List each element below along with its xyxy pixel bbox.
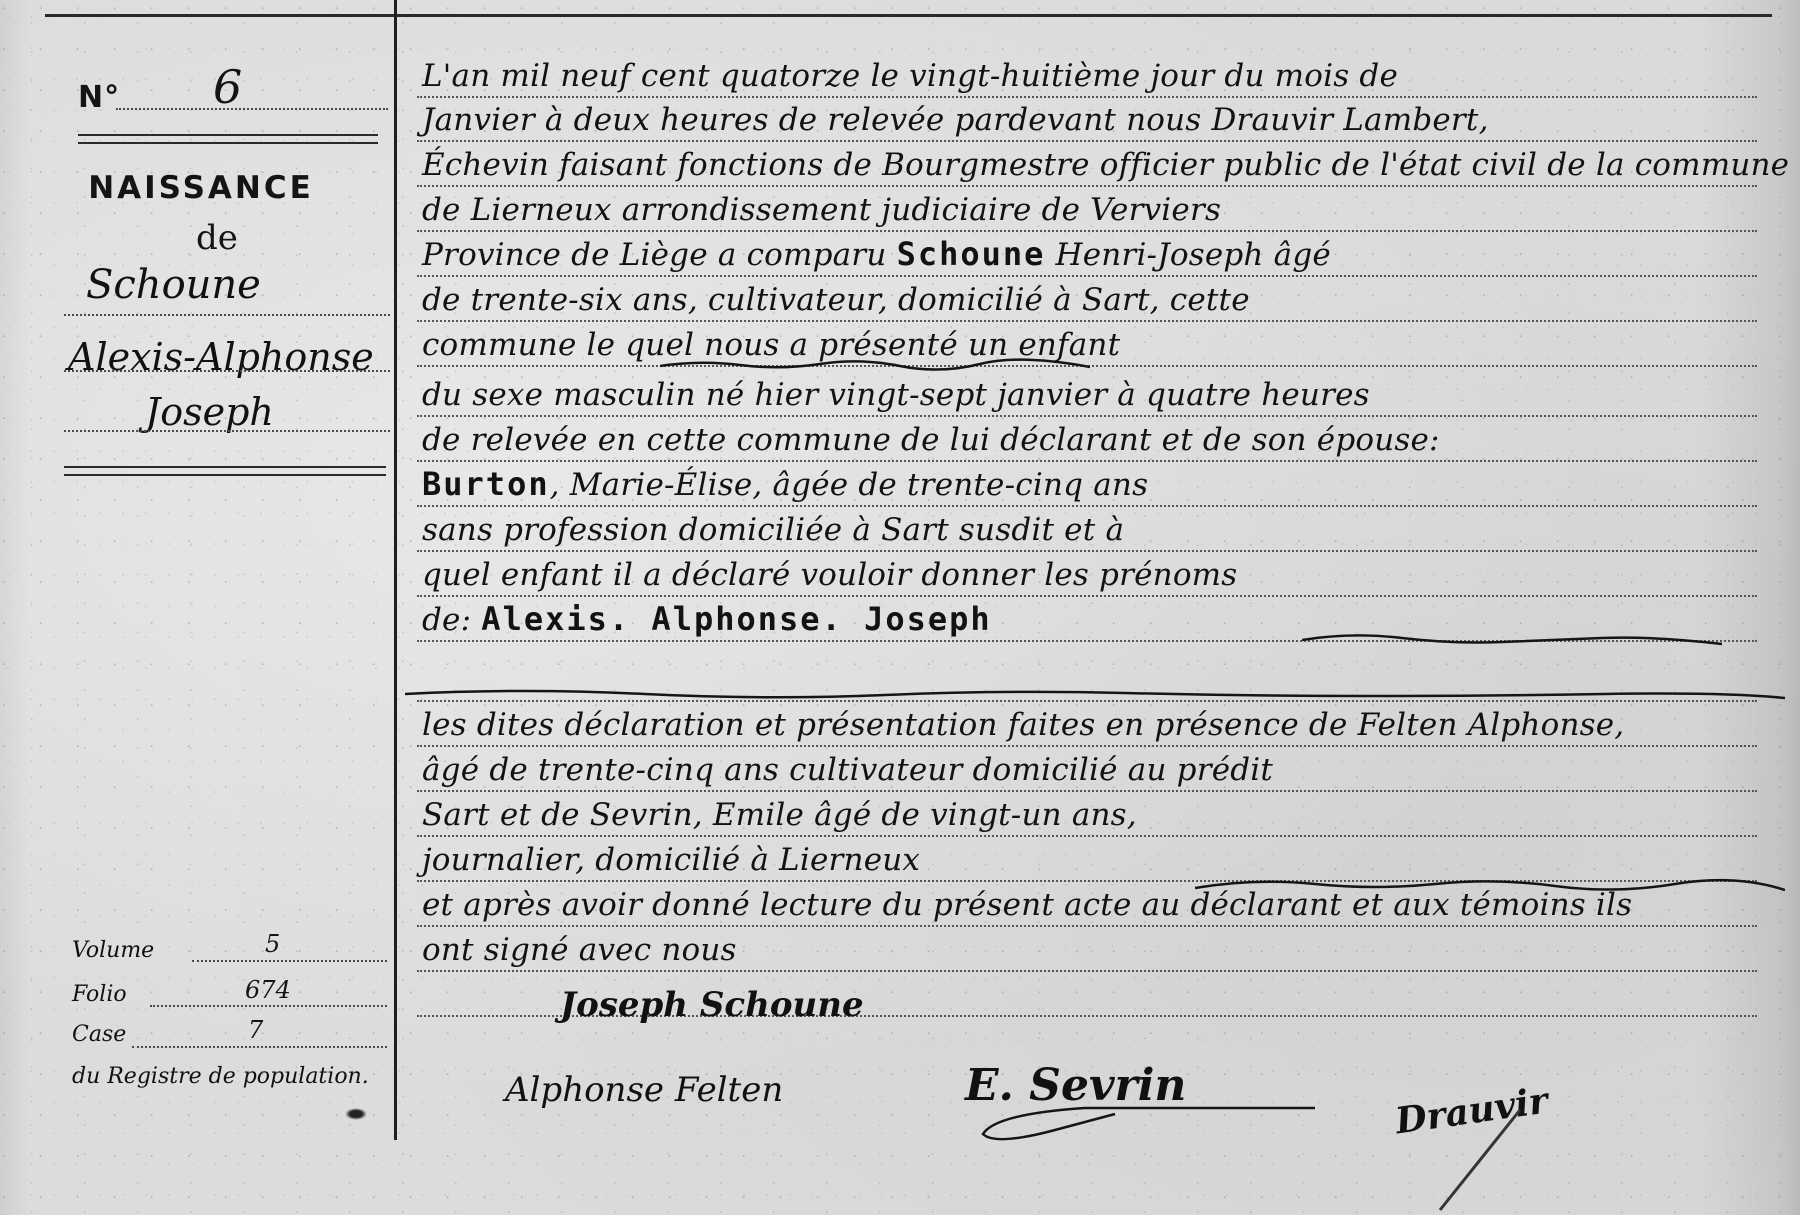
emphasized-name: Burton — [422, 465, 550, 503]
act-line: du sexe masculin né hier vingt-sept janv… — [397, 375, 1777, 419]
act-line-text: du sexe masculin né hier vingt-sept janv… — [422, 377, 1370, 413]
act-line-text: de Lierneux arrondissement judiciaire de… — [422, 192, 1221, 228]
act-line: de Lierneux arrondissement judiciaire de… — [397, 190, 1777, 234]
emphasized-name: Schoune — [897, 235, 1046, 273]
margin-surname: Schoune — [86, 262, 261, 308]
volume-label: Volume — [72, 938, 154, 963]
act-line: de trente-six ans, cultivateur, domicili… — [397, 280, 1777, 324]
volume-value: 5 — [265, 930, 280, 958]
given2-dotted-line — [64, 430, 390, 432]
act-type-de: de — [0, 218, 394, 258]
dotted-ruling — [417, 505, 1757, 507]
act-line: de relevée en cette commune de lui décla… — [397, 420, 1777, 464]
act-line-text: Province de Liège a comparu Schoune Henr… — [422, 235, 1331, 273]
ink-stain — [345, 1108, 367, 1120]
act-line: Sart et de Sevrin, Emile âgé de vingt-un… — [397, 795, 1777, 839]
surname-dotted-line — [64, 314, 390, 316]
names-double-rule — [64, 466, 386, 476]
dotted-ruling — [417, 415, 1757, 417]
signature-witness-1: Alphonse Felten — [505, 1070, 783, 1110]
margin-given-names-1: Alexis-Alphonse — [68, 335, 374, 379]
case-value: 7 — [248, 1016, 263, 1044]
volume-dotted-line — [192, 960, 387, 962]
number-dotted-line — [116, 108, 388, 110]
case-dotted-line — [132, 1046, 387, 1048]
number-double-rule — [78, 134, 378, 144]
dotted-ruling — [417, 460, 1757, 462]
act-type-heading: NAISSANCE — [0, 170, 394, 206]
folio-label: Folio — [72, 982, 127, 1007]
dotted-ruling — [417, 140, 1757, 142]
act-line-text: de relevée en cette commune de lui décla… — [422, 422, 1440, 458]
act-line-text: Échevin faisant fonctions de Bourgmestre… — [422, 147, 1789, 183]
act-line-text: Sart et de Sevrin, Emile âgé de vingt-un… — [422, 797, 1137, 833]
filler-stroke — [405, 688, 1785, 704]
dotted-ruling — [417, 835, 1757, 837]
filler-stroke — [660, 358, 1090, 372]
dotted-ruling — [417, 96, 1757, 98]
case-label: Case — [72, 1022, 126, 1047]
act-line-text: les dites déclaration et présentation fa… — [422, 707, 1624, 743]
dotted-ruling — [417, 970, 1757, 972]
dotted-ruling — [417, 230, 1757, 232]
act-line-text: Janvier à deux heures de relevée pardeva… — [422, 102, 1489, 138]
entry-number: N° 6 — [78, 60, 388, 110]
dotted-ruling — [417, 275, 1757, 277]
dotted-ruling — [417, 925, 1757, 927]
act-line-text: âgé de trente-cinq ans cultivateur domic… — [422, 752, 1273, 788]
act-line-text: quel enfant il a déclaré vouloir donner … — [422, 557, 1237, 593]
act-body: L'an mil neuf cent quatorze le vingt-hui… — [397, 0, 1800, 1215]
margin-column: N° 6 NAISSANCE de Schoune Alexis-Alphons… — [0, 0, 394, 1215]
signature-declarant: Joseph Schoune — [560, 985, 864, 1025]
dotted-ruling — [417, 790, 1757, 792]
number-value: 6 — [213, 60, 242, 114]
register-footer: du Registre de population. — [72, 1064, 369, 1089]
register-page: N° 6 NAISSANCE de Schoune Alexis-Alphons… — [0, 0, 1800, 1215]
dotted-ruling — [417, 550, 1757, 552]
act-line-text: sans profession domiciliée à Sart susdit… — [422, 512, 1124, 548]
folio-dotted-line — [150, 1005, 387, 1007]
act-line: Janvier à deux heures de relevée pardeva… — [397, 100, 1777, 144]
signature-officer-stroke — [1420, 1100, 1540, 1215]
act-line-text: de trente-six ans, cultivateur, domicili… — [422, 282, 1250, 318]
act-line-text: de: Alexis. Alphonse. Joseph — [422, 600, 992, 638]
act-line: quel enfant il a déclaré vouloir donner … — [397, 555, 1777, 599]
act-line: L'an mil neuf cent quatorze le vingt-hui… — [397, 56, 1777, 100]
number-label: N° — [78, 80, 120, 115]
act-line-text: Burton, Marie-Élise, âgée de trente-cinq… — [422, 465, 1148, 503]
dotted-ruling — [417, 185, 1757, 187]
folio-value: 674 — [245, 976, 291, 1004]
act-line: Burton, Marie-Élise, âgée de trente-cinq… — [397, 465, 1777, 509]
margin-given-names-2: Joseph — [145, 390, 274, 434]
act-line: Échevin faisant fonctions de Bourgmestre… — [397, 145, 1777, 189]
dotted-ruling — [417, 745, 1757, 747]
filler-stroke — [1302, 632, 1722, 648]
given1-dotted-line — [64, 370, 390, 372]
filler-stroke — [1195, 878, 1785, 894]
act-line-text: ont signé avec nous — [422, 932, 737, 968]
act-line-text: journalier, domicilié à Lierneux — [422, 842, 920, 878]
dotted-ruling — [417, 320, 1757, 322]
dotted-ruling — [417, 595, 1757, 597]
act-line-text: L'an mil neuf cent quatorze le vingt-hui… — [422, 58, 1398, 94]
act-line: âgé de trente-cinq ans cultivateur domic… — [397, 750, 1777, 794]
act-line: sans profession domiciliée à Sart susdit… — [397, 510, 1777, 554]
act-line: ont signé avec nous — [397, 930, 1777, 974]
signature-flourish — [975, 1100, 1315, 1160]
act-line: Province de Liège a comparu Schoune Henr… — [397, 235, 1777, 279]
act-line: les dites déclaration et présentation fa… — [397, 705, 1777, 749]
emphasized-name: Alexis. Alphonse. Joseph — [481, 600, 991, 638]
